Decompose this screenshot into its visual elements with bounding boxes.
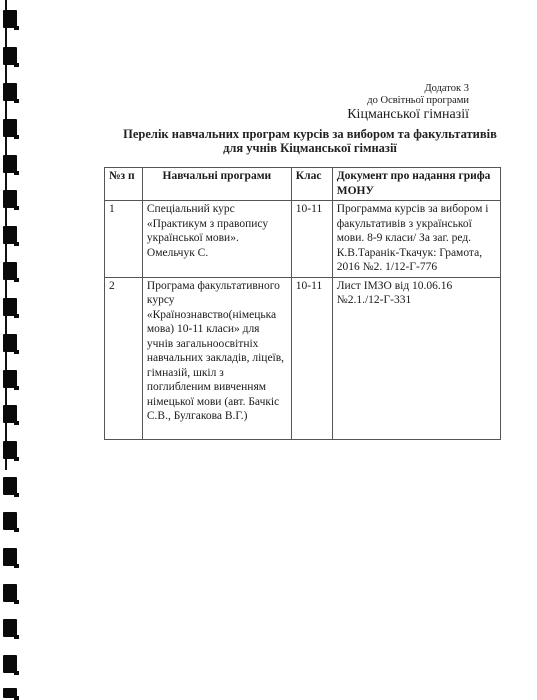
binding-ring bbox=[3, 477, 17, 495]
binding-ring bbox=[3, 619, 17, 637]
binding-ring bbox=[3, 119, 17, 137]
title-line-1: Перелік навчальних програм курсів за виб… bbox=[100, 127, 520, 141]
header-number: №з п bbox=[105, 168, 143, 201]
appendix-line-2: до Освітньої програми bbox=[347, 95, 469, 107]
table-row: 1 Спеціальний курс «Практикум з правопис… bbox=[105, 201, 501, 278]
binding-ring bbox=[3, 298, 17, 316]
appendix-label: Додаток 3 до Освітньої програми Кіцмансь… bbox=[347, 83, 469, 123]
binding-ring bbox=[3, 262, 17, 280]
row-program: Програма факультативного курсу «Країнозн… bbox=[142, 277, 291, 439]
binding-ring bbox=[3, 190, 17, 208]
table-row: 2 Програма факультативного курсу «Країно… bbox=[105, 277, 501, 439]
binding-ring bbox=[3, 155, 17, 173]
table-header-row: №з п Навчальні програми Клас Документ пр… bbox=[105, 168, 501, 201]
document-title: Перелік навчальних програм курсів за виб… bbox=[100, 127, 520, 155]
binding-ring bbox=[3, 655, 17, 673]
binding-ring bbox=[3, 688, 17, 698]
binding-ring bbox=[3, 548, 17, 566]
binding-ring bbox=[3, 226, 17, 244]
row-document: Лист ІМЗО від 10.06.16 №2.1./12-Г-331 bbox=[332, 277, 500, 439]
binding-ring bbox=[3, 83, 17, 101]
binding-ring bbox=[3, 47, 17, 65]
row-number: 2 bbox=[105, 277, 143, 439]
header-class: Клас bbox=[291, 168, 332, 201]
title-line-2: для учнів Кіцманської гімназії bbox=[100, 141, 520, 155]
binding-ring bbox=[3, 584, 17, 602]
programs-table: №з п Навчальні програми Клас Документ пр… bbox=[104, 167, 501, 440]
appendix-line-3: Кіцманської гімназії bbox=[347, 107, 469, 123]
binding-ring bbox=[3, 334, 17, 352]
binding-ring bbox=[3, 10, 17, 28]
header-program: Навчальні програми bbox=[142, 168, 291, 201]
row-number: 1 bbox=[105, 201, 143, 278]
header-document: Документ про надання грифа МОНУ bbox=[332, 168, 500, 201]
row-program: Спеціальний курс «Практикум з правопису … bbox=[142, 201, 291, 278]
row-document: Программа курсів за вибором і факультати… bbox=[332, 201, 500, 278]
row-class: 10-11 bbox=[291, 201, 332, 278]
appendix-line-1: Додаток 3 bbox=[347, 83, 469, 95]
binding-ring bbox=[3, 370, 17, 388]
binding-ring bbox=[3, 441, 17, 459]
binding-ring bbox=[3, 512, 17, 530]
row-class: 10-11 bbox=[291, 277, 332, 439]
binding-ring bbox=[3, 405, 17, 423]
